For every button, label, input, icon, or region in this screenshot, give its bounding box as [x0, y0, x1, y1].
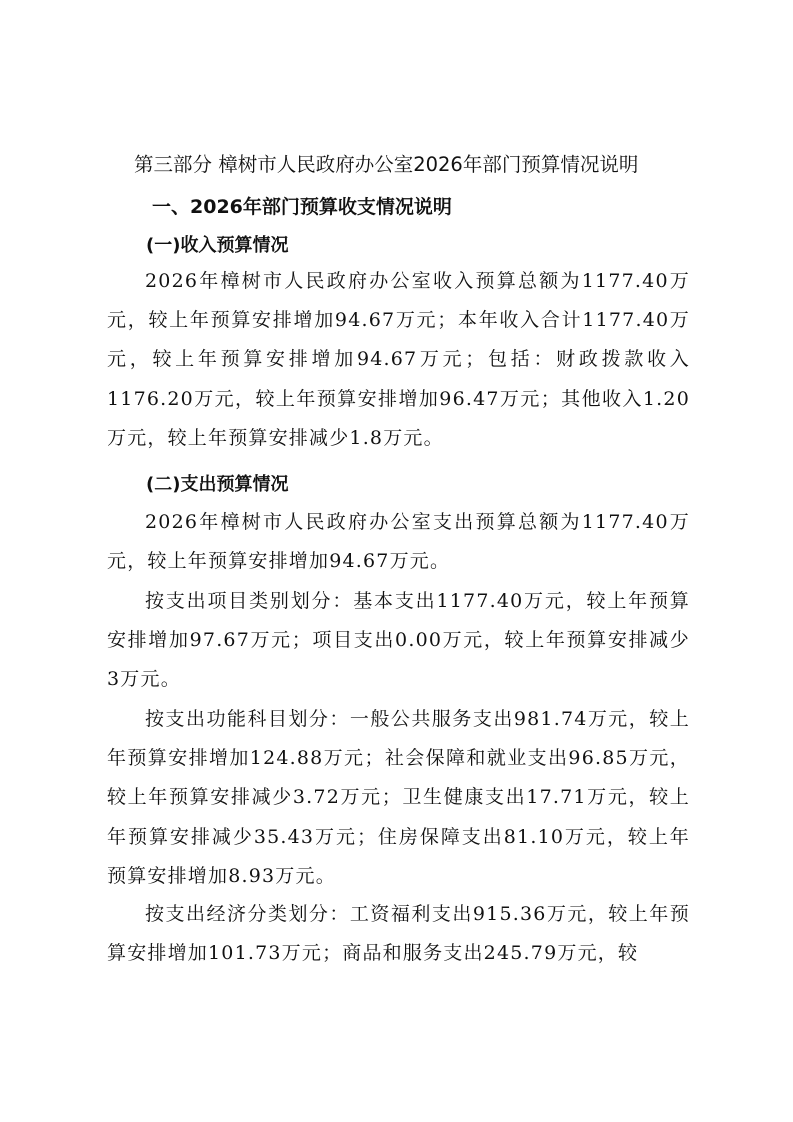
section-heading-budget-overview: 一、2026年部门预算收支情况说明 [152, 192, 452, 222]
subheading-income-budget: (一)收入预算情况 [146, 231, 288, 261]
paragraph-expenditure-by-economic-class: 按支出经济分类划分：工资福利支出915.36万元，较上年预算安排增加101.73… [107, 895, 690, 973]
paragraph-income-budget: 2026年樟树市人民政府办公室收入预算总额为1177.40万元，较上年预算安排增… [107, 262, 690, 458]
subheading-expenditure-budget: (二)支出预算情况 [146, 470, 288, 500]
paragraph-expenditure-total: 2026年樟树市人民政府办公室支出预算总额为1177.40万元，较上年预算安排增… [107, 503, 690, 581]
paragraph-expenditure-by-function: 按支出功能科目划分：一般公共服务支出981.74万元，较上年预算安排增加124.… [107, 700, 690, 896]
paragraph-expenditure-by-project-type: 按支出项目类别划分：基本支出1177.40万元，较上年预算安排增加97.67万元… [107, 582, 690, 700]
document-title: 第三部分 樟树市人民政府办公室2026年部门预算情况说明 [134, 150, 694, 180]
document-page: 第三部分 樟树市人民政府办公室2026年部门预算情况说明 一、2026年部门预算… [0, 0, 793, 1122]
